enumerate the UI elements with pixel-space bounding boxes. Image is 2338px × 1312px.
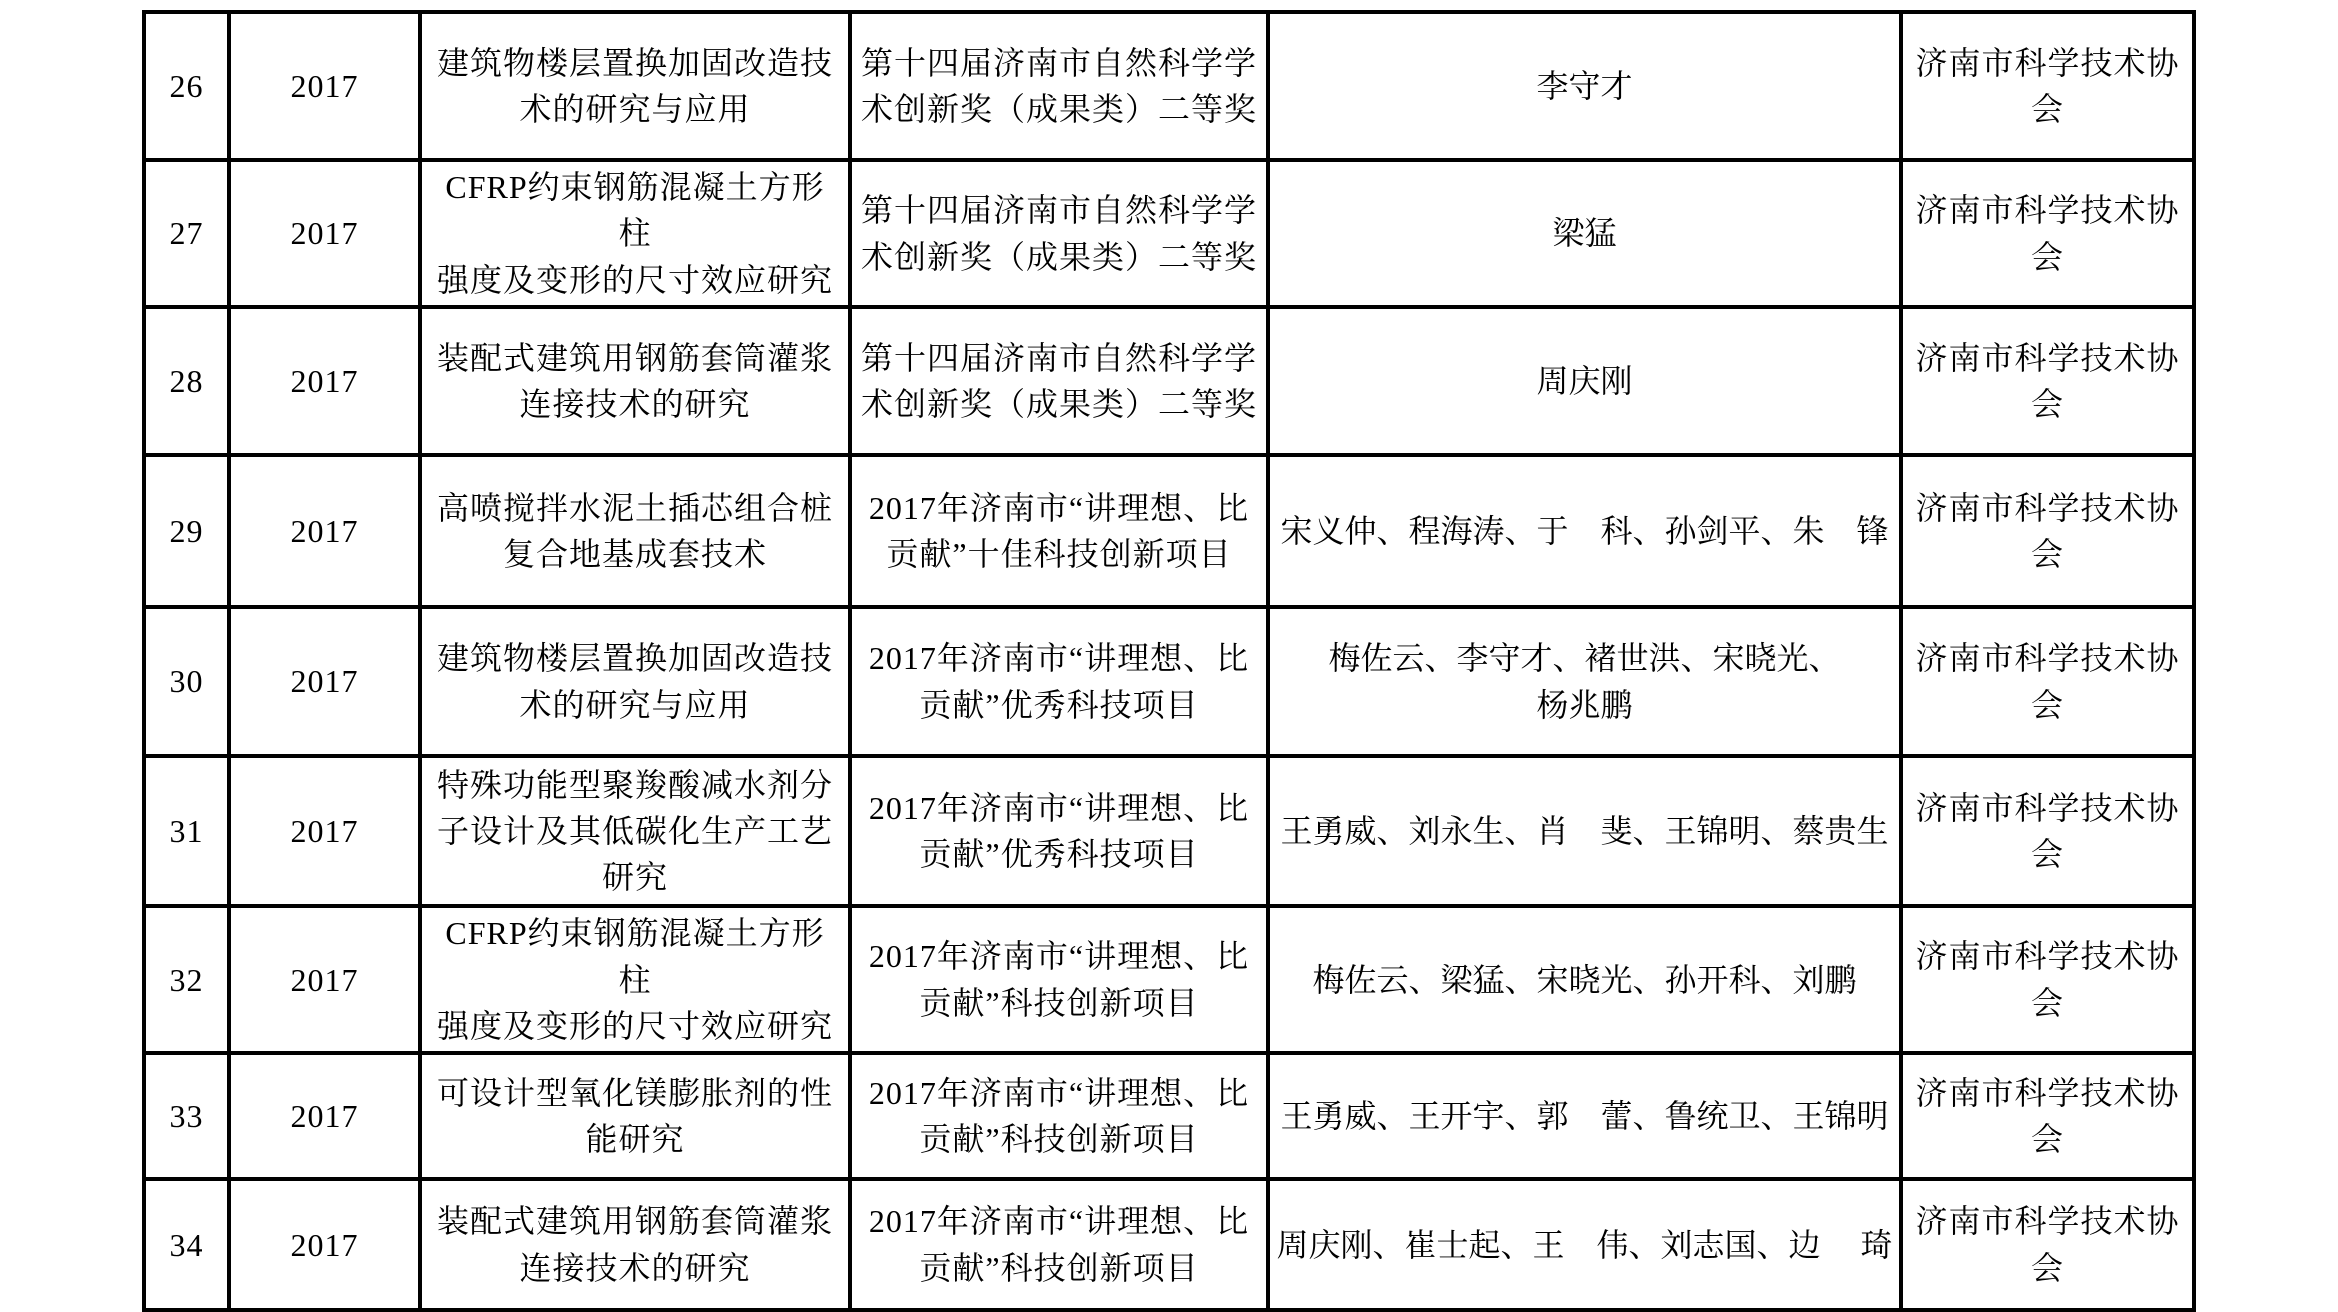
table-row: 29 2017 高喷搅拌水泥土插芯组合桩 复合地基成套技术 2017年济南市“讲… <box>144 455 2194 607</box>
year-cell: 2017 <box>229 1053 420 1179</box>
award-cell: 2017年济南市“讲理想、比 贡献”优秀科技项目 <box>850 607 1268 756</box>
year-cell: 2017 <box>229 160 420 307</box>
people-cell: 周庆刚、崔士起、王 伟、刘志国、边 琦 <box>1268 1179 1901 1310</box>
project-cell: 建筑物楼层置换加固改造技 术的研究与应用 <box>420 607 850 756</box>
org-cell: 济南市科学技术协 会 <box>1901 455 2194 607</box>
table-row: 31 2017 特殊功能型聚羧酸减水剂分 子设计及其低碳化生产工艺 研究 201… <box>144 756 2194 906</box>
people-cell: 周庆刚 <box>1268 307 1901 455</box>
people-cell: 宋义仲、程海涛、于 科、孙剑平、朱 锋 <box>1268 455 1901 607</box>
org-cell: 济南市科学技术协 会 <box>1901 756 2194 906</box>
award-cell: 2017年济南市“讲理想、比 贡献”优秀科技项目 <box>850 756 1268 906</box>
award-cell: 第十四届济南市自然科学学 术创新奖（成果类）二等奖 <box>850 307 1268 455</box>
org-cell: 济南市科学技术协 会 <box>1901 906 2194 1053</box>
table-row: 27 2017 CFRP约束钢筋混凝土方形柱 强度及变形的尺寸效应研究 第十四届… <box>144 160 2194 307</box>
project-cell: CFRP约束钢筋混凝土方形柱 强度及变形的尺寸效应研究 <box>420 906 850 1053</box>
row-number-cell: 31 <box>144 756 229 906</box>
row-number-cell: 27 <box>144 160 229 307</box>
people-cell: 梁猛 <box>1268 160 1901 307</box>
project-cell: 特殊功能型聚羧酸减水剂分 子设计及其低碳化生产工艺 研究 <box>420 756 850 906</box>
project-cell: 可设计型氧化镁膨胀剂的性 能研究 <box>420 1053 850 1179</box>
award-cell: 2017年济南市“讲理想、比 贡献”科技创新项目 <box>850 1053 1268 1179</box>
year-cell: 2017 <box>229 906 420 1053</box>
awards-table-body: 26 2017 建筑物楼层置换加固改造技 术的研究与应用 第十四届济南市自然科学… <box>144 12 2194 1310</box>
people-cell: 李守才 <box>1268 12 1901 160</box>
year-cell: 2017 <box>229 1179 420 1310</box>
year-cell: 2017 <box>229 607 420 756</box>
people-cell: 王勇威、刘永生、肖 斐、王锦明、蔡贵生 <box>1268 756 1901 906</box>
org-cell: 济南市科学技术协 会 <box>1901 1053 2194 1179</box>
people-cell: 梅佐云、李守才、褚世洪、宋晓光、 杨兆鹏 <box>1268 607 1901 756</box>
table-row: 28 2017 装配式建筑用钢筋套筒灌浆 连接技术的研究 第十四届济南市自然科学… <box>144 307 2194 455</box>
year-cell: 2017 <box>229 12 420 160</box>
row-number-cell: 28 <box>144 307 229 455</box>
row-number-cell: 34 <box>144 1179 229 1310</box>
year-cell: 2017 <box>229 756 420 906</box>
row-number-cell: 26 <box>144 12 229 160</box>
org-cell: 济南市科学技术协 会 <box>1901 1179 2194 1310</box>
award-cell: 第十四届济南市自然科学学 术创新奖（成果类）二等奖 <box>850 12 1268 160</box>
org-cell: 济南市科学技术协 会 <box>1901 607 2194 756</box>
row-number-cell: 32 <box>144 906 229 1053</box>
table-row: 26 2017 建筑物楼层置换加固改造技 术的研究与应用 第十四届济南市自然科学… <box>144 12 2194 160</box>
org-cell: 济南市科学技术协 会 <box>1901 307 2194 455</box>
year-cell: 2017 <box>229 307 420 455</box>
awards-table: 26 2017 建筑物楼层置换加固改造技 术的研究与应用 第十四届济南市自然科学… <box>142 10 2196 1312</box>
award-cell: 2017年济南市“讲理想、比 贡献”科技创新项目 <box>850 1179 1268 1310</box>
project-cell: 建筑物楼层置换加固改造技 术的研究与应用 <box>420 12 850 160</box>
row-number-cell: 29 <box>144 455 229 607</box>
table-row: 34 2017 装配式建筑用钢筋套筒灌浆 连接技术的研究 2017年济南市“讲理… <box>144 1179 2194 1310</box>
org-cell: 济南市科学技术协 会 <box>1901 160 2194 307</box>
table-row: 30 2017 建筑物楼层置换加固改造技 术的研究与应用 2017年济南市“讲理… <box>144 607 2194 756</box>
project-cell: CFRP约束钢筋混凝土方形柱 强度及变形的尺寸效应研究 <box>420 160 850 307</box>
org-cell: 济南市科学技术协 会 <box>1901 12 2194 160</box>
project-cell: 高喷搅拌水泥土插芯组合桩 复合地基成套技术 <box>420 455 850 607</box>
award-cell: 2017年济南市“讲理想、比 贡献”科技创新项目 <box>850 906 1268 1053</box>
year-cell: 2017 <box>229 455 420 607</box>
award-cell: 第十四届济南市自然科学学 术创新奖（成果类）二等奖 <box>850 160 1268 307</box>
people-cell: 王勇威、王开宇、郭 蕾、鲁统卫、王锦明 <box>1268 1053 1901 1179</box>
row-number-cell: 30 <box>144 607 229 756</box>
people-cell: 梅佐云、梁猛、宋晓光、孙开科、刘鹏 <box>1268 906 1901 1053</box>
project-cell: 装配式建筑用钢筋套筒灌浆 连接技术的研究 <box>420 307 850 455</box>
row-number-cell: 33 <box>144 1053 229 1179</box>
table-row: 32 2017 CFRP约束钢筋混凝土方形柱 强度及变形的尺寸效应研究 2017… <box>144 906 2194 1053</box>
project-cell: 装配式建筑用钢筋套筒灌浆 连接技术的研究 <box>420 1179 850 1310</box>
table-row: 33 2017 可设计型氧化镁膨胀剂的性 能研究 2017年济南市“讲理想、比 … <box>144 1053 2194 1179</box>
award-cell: 2017年济南市“讲理想、比 贡献”十佳科技创新项目 <box>850 455 1268 607</box>
